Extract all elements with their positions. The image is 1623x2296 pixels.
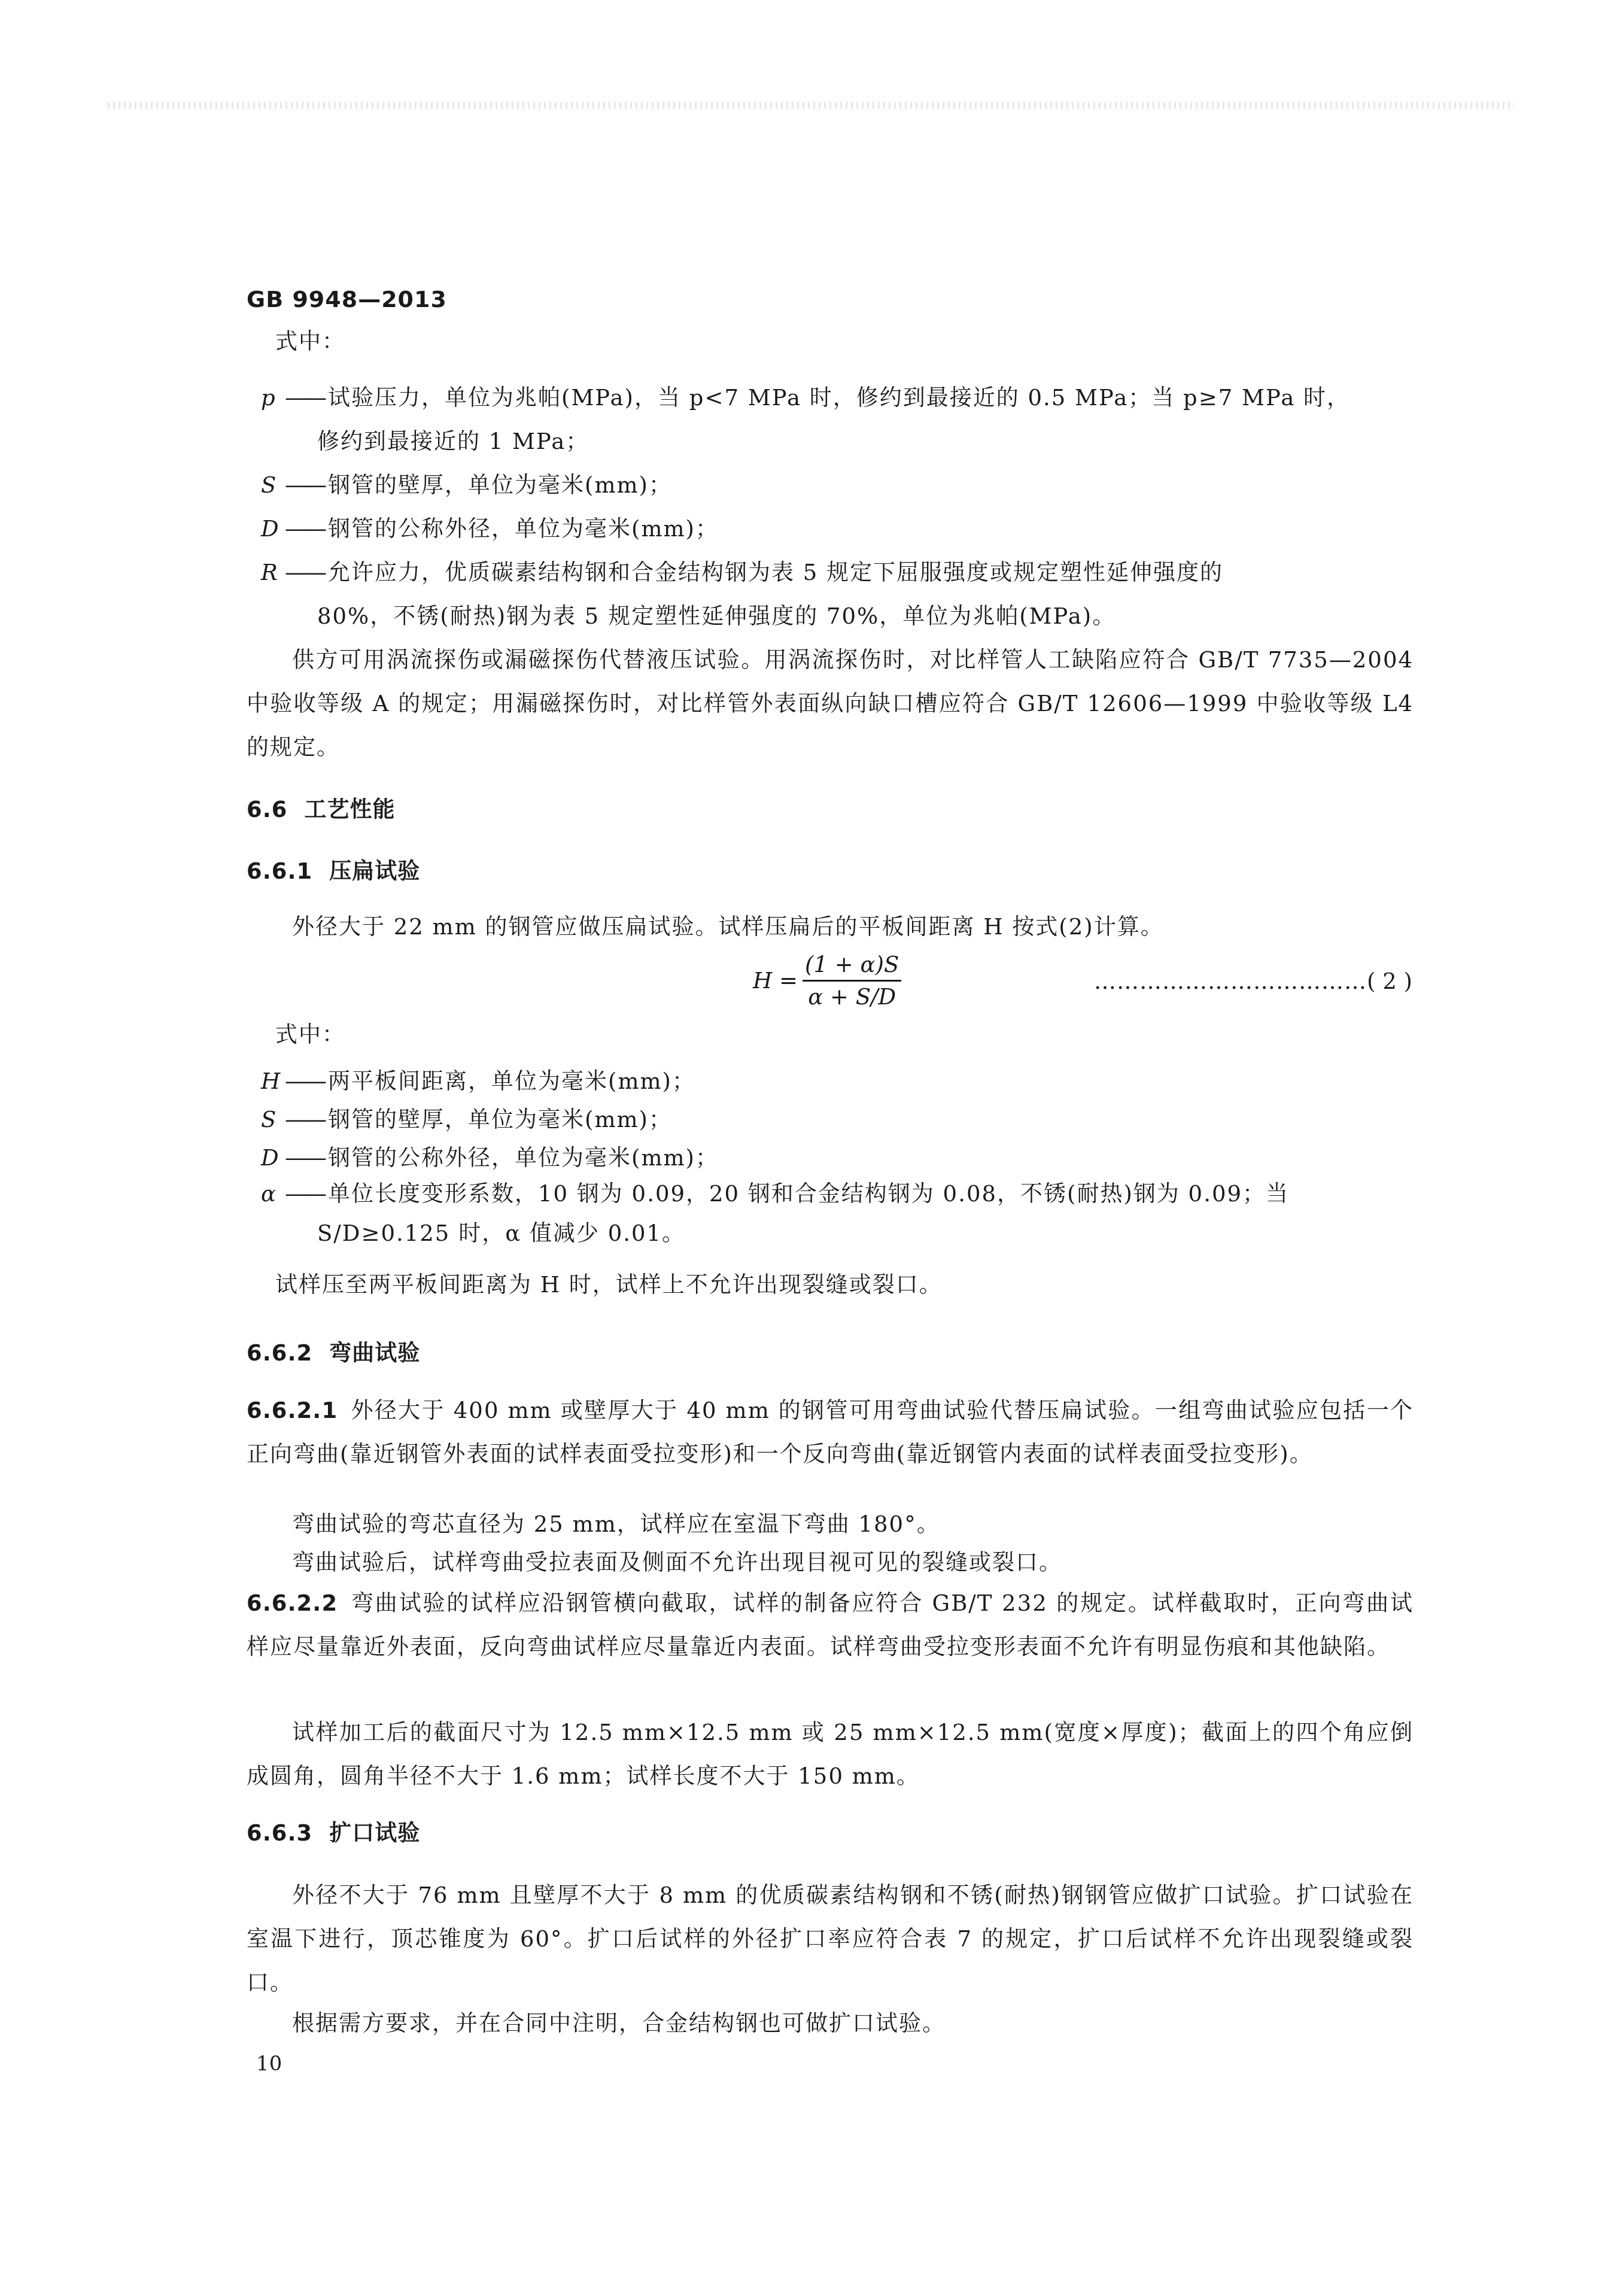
def-s: S——钢管的壁厚，单位为毫米(mm)； (261, 463, 1416, 507)
standard-id: GB 9948—2013 (247, 286, 447, 312)
equation-number: ………………………………( 2 ) (1094, 968, 1412, 994)
def-p: p——试验压力，单位为兆帕(MPa)，当 p<7 MPa 时，修约到最接近的 0… (261, 376, 1416, 463)
def-alpha: α——单位长度变形系数，10 钢为 0.09，20 钢和合金结构钢为 0.08，… (261, 1174, 1416, 1253)
clause-6-6-2-2: 6.6.2.2弯曲试验的试样应沿钢管横向截取，试样的制备应符合 GB/T 232… (247, 1581, 1414, 1669)
symbol: p (261, 376, 285, 420)
def-d-2: D——钢管的公称外径，单位为毫米(mm)； (261, 1136, 1416, 1180)
scan-artifact (108, 102, 1514, 109)
expansion-alloy-text: 根据需方要求，并在合同中注明，合金结构钢也可做扩口试验。 (292, 2012, 946, 2034)
bend-diameter-text: 弯曲试验的弯芯直径为 25 mm，试样应在室温下弯曲 180°。 (292, 1513, 940, 1535)
section-heading-6-6-1: 6.6.1压扁试验 (247, 853, 420, 885)
where-label: 式中： (275, 330, 345, 353)
flattening-intro: 外径大于 22 mm 的钢管应做压扁试验。试样压扁后的平板间距离 H 按式(2)… (292, 916, 1164, 938)
section-heading-6-6: 6.6工艺性能 (247, 791, 396, 824)
flattening-conclusion: 试样压至两平板间距离为 H 时，试样上不允许出现裂缝或裂口。 (275, 1274, 943, 1296)
section-heading-6-6-3: 6.6.3扩口试验 (247, 1815, 420, 1847)
paragraph-eddy-current: 供方可用涡流探伤或漏磁探伤代替液压试验。用涡流探伤时，对比样管人工缺陷应符合 G… (247, 638, 1414, 769)
specimen-dimensions-text: 试样加工后的截面尺寸为 12.5 mm×12.5 mm 或 25 mm×12.5… (247, 1711, 1414, 1798)
def-d: D——钢管的公称外径，单位为毫米(mm)； (261, 507, 1416, 551)
bend-result-text: 弯曲试验后，试样弯曲受拉表面及侧面不允许出现目视可见的裂缝或裂口。 (292, 1551, 1062, 1574)
expansion-text: 外径不大于 76 mm 且壁厚不大于 8 mm 的优质碳素结构钢和不锈(耐热)钢… (247, 1873, 1414, 2005)
fraction: (1 + α)S α + S/D (803, 952, 901, 1010)
where-label-2: 式中： (275, 1024, 345, 1046)
def-r: R——允许应力，优质碳素结构钢和合金结构钢为表 5 规定下屈服强度或规定塑性延伸… (261, 551, 1416, 638)
formula-2: H = (1 + α)S α + S/D (753, 952, 901, 1010)
section-heading-6-6-2: 6.6.2弯曲试验 (247, 1335, 420, 1367)
def-h: H——两平板间距离，单位为毫米(mm)； (261, 1059, 1416, 1103)
page-number: 10 (256, 2052, 282, 2076)
def-s-2: S——钢管的壁厚，单位为毫米(mm)； (261, 1098, 1416, 1141)
clause-6-6-2-1: 6.6.2.1外径大于 400 mm 或壁厚大于 40 mm 的钢管可用弯曲试验… (247, 1389, 1414, 1476)
